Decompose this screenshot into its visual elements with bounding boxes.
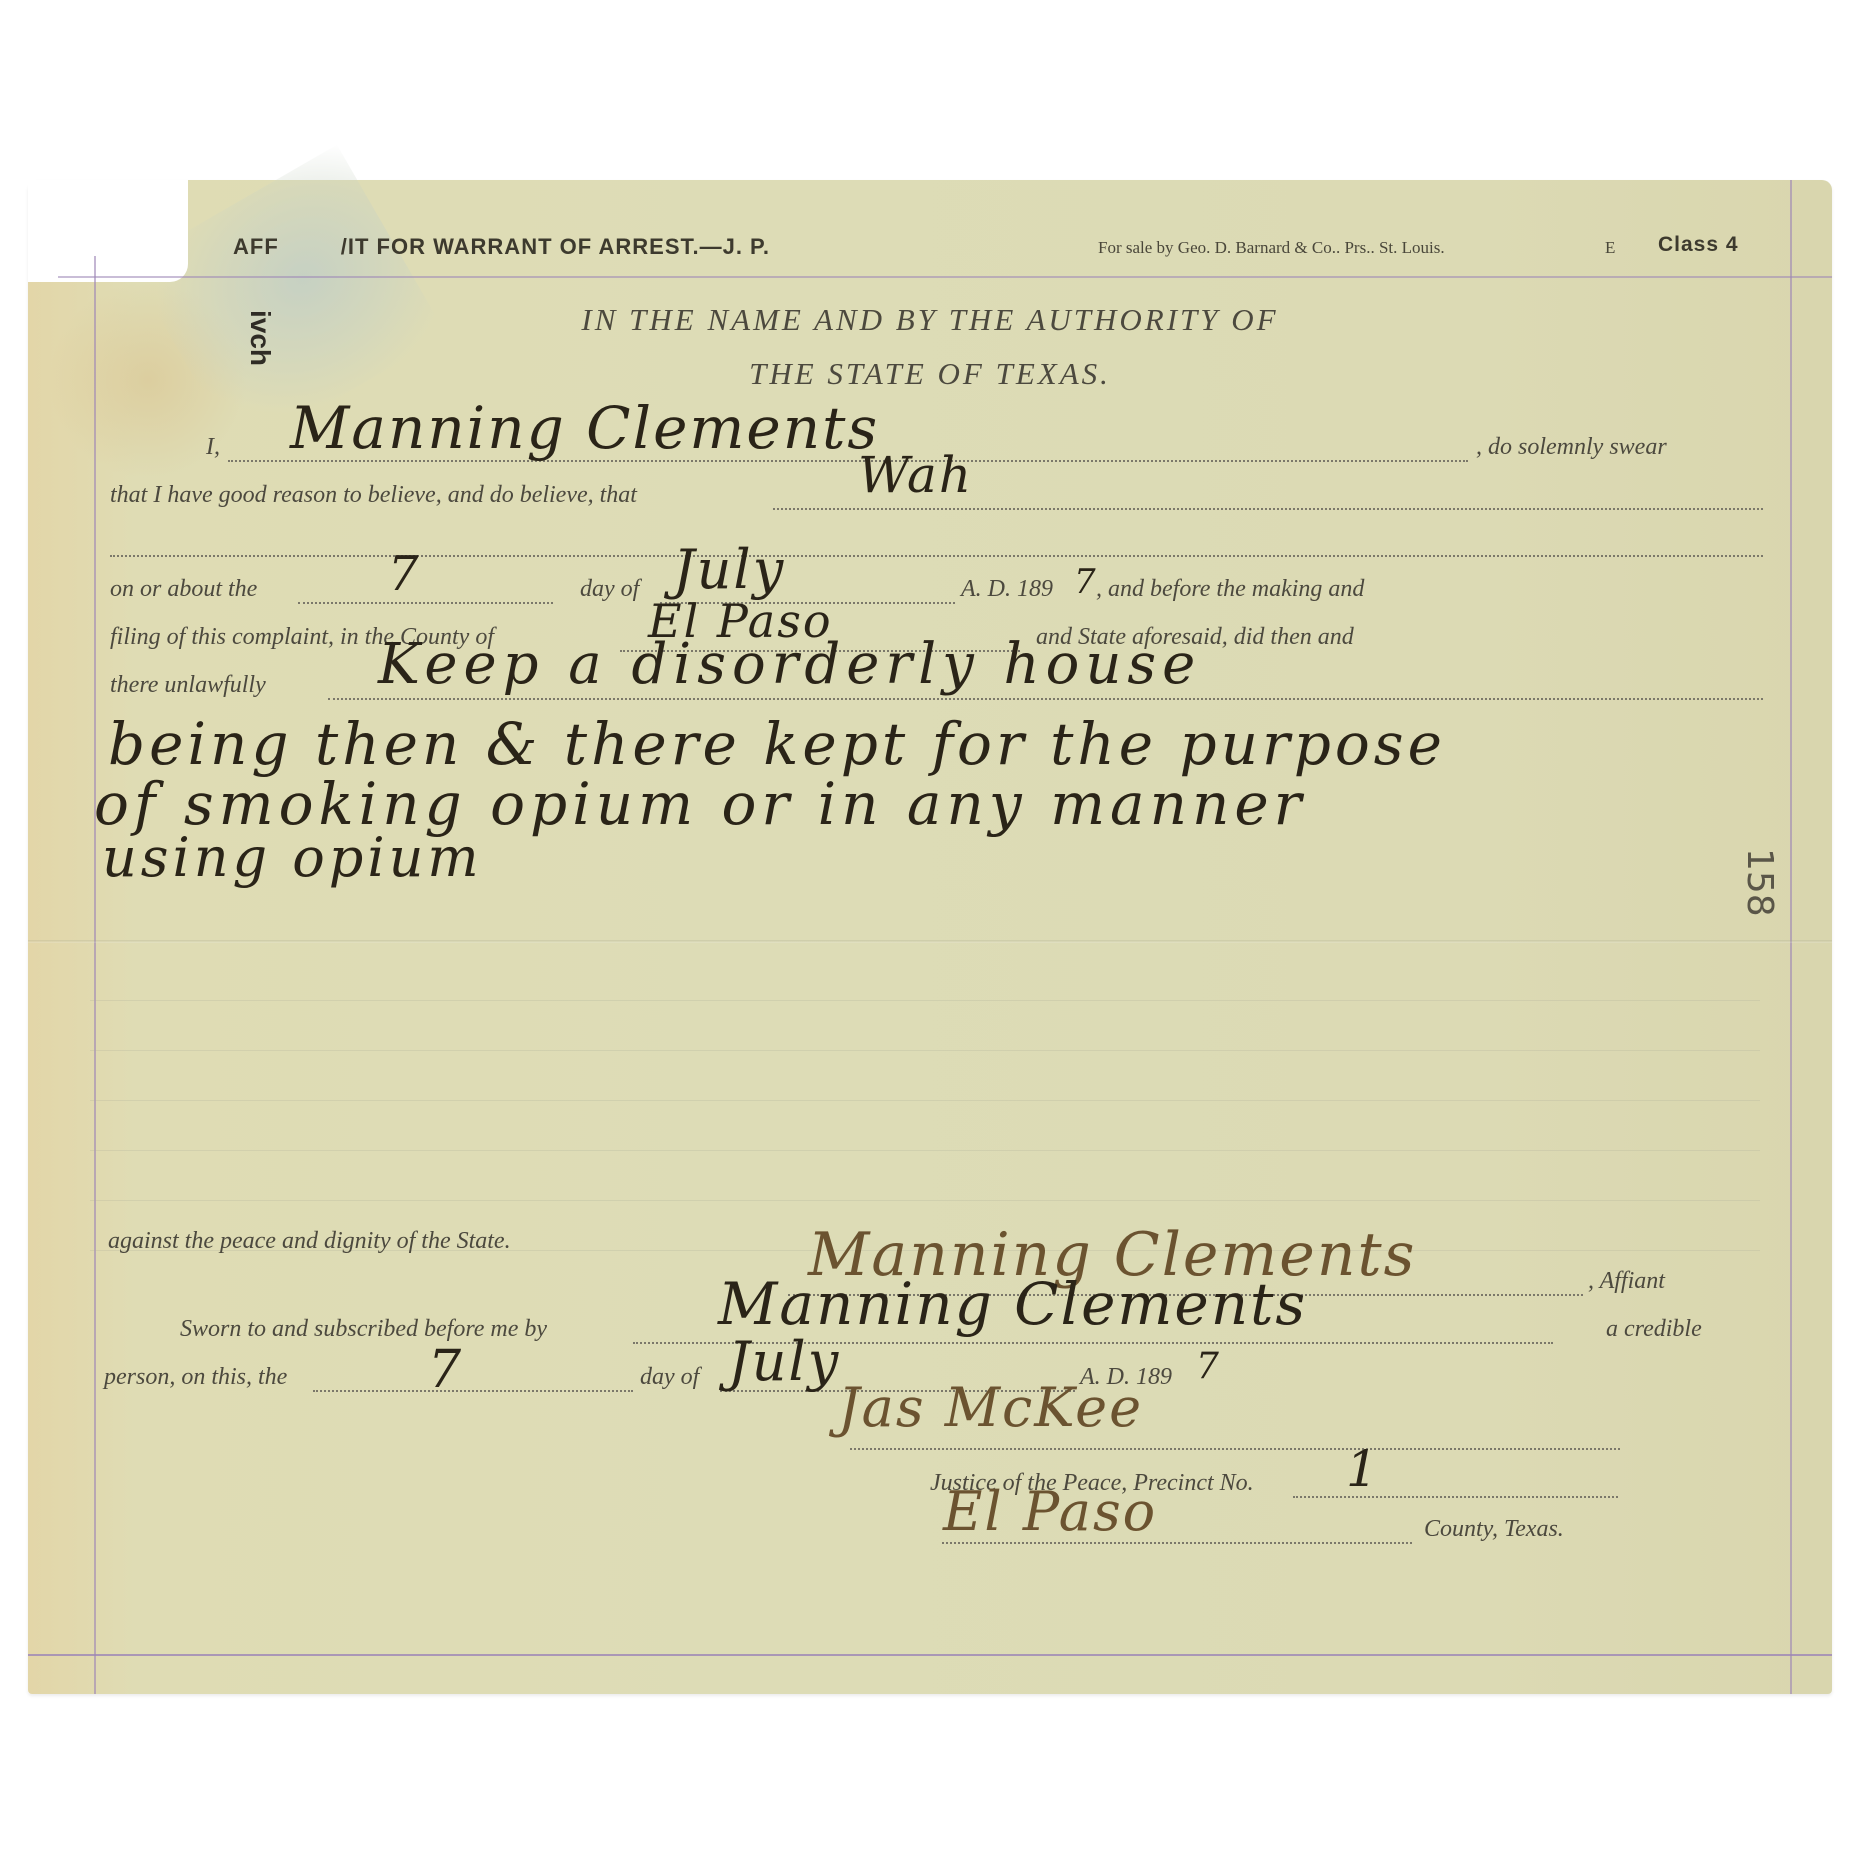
- accused-field: [773, 508, 1763, 510]
- left-margin-rule: [94, 256, 96, 1694]
- justice-signature-field: [850, 1448, 1620, 1450]
- sworn-month-handwritten: July: [728, 1330, 840, 1393]
- justice-county-handwritten: El Paso: [943, 1480, 1157, 1543]
- sworn-day-handwritten: 7: [428, 1340, 463, 1400]
- credible-label: a credible: [1606, 1316, 1702, 1343]
- unlawfully-label: there unlawfully: [110, 672, 266, 699]
- affiant-name-handwritten: Manning Clements: [290, 394, 879, 462]
- date-prefix: on or about the: [110, 576, 257, 603]
- accused-handwritten: Wah: [858, 446, 973, 504]
- authority-line-1: IN THE NAME AND BY THE AUTHORITY OF: [28, 302, 1832, 338]
- month-handwritten: July: [673, 538, 785, 601]
- swear-suffix: , do solemnly swear: [1476, 434, 1667, 461]
- precinct-handwritten: 1: [1346, 1440, 1380, 1498]
- day-handwritten: 7: [388, 546, 421, 602]
- affiant-label: , Affiant: [1588, 1268, 1665, 1295]
- letter-code: E: [1605, 238, 1615, 258]
- before-making-label: , and before the making and: [1096, 576, 1364, 603]
- charge-line-2: being then & there kept for the purpose: [108, 710, 1446, 778]
- class-label: Class 4: [1658, 233, 1739, 257]
- person-prefix: person, on this, the: [104, 1364, 287, 1391]
- day-field: [298, 602, 553, 604]
- torn-corner: [28, 180, 188, 282]
- charge-line-1: Keep a disorderly house: [378, 632, 1201, 697]
- sworn-day-of-label: day of: [640, 1364, 699, 1391]
- charge-line-4: using opium: [102, 826, 483, 889]
- county-texas-label: County, Texas.: [1424, 1516, 1564, 1543]
- authority-line-2: THE STATE OF TEXAS.: [28, 356, 1832, 392]
- bottom-rule: [28, 1654, 1832, 1656]
- day-of-label: day of: [580, 576, 639, 603]
- sworn-year-digit: 7: [1196, 1346, 1221, 1387]
- affidavit-document: AFF/IT FOR WARRANT OF ARREST.—J. P. For …: [28, 180, 1832, 1694]
- form-title: AFF/IT FOR WARRANT OF ARREST.—J. P.: [233, 234, 770, 260]
- sworn-name-handwritten: Manning Clements: [718, 1270, 1307, 1338]
- closing-line: against the peace and dignity of the Sta…: [108, 1228, 511, 1255]
- believe-prefix: that I have good reason to believe, and …: [110, 482, 637, 509]
- right-margin-rule: [1790, 180, 1792, 1694]
- ad-label: A. D. 189: [961, 576, 1053, 603]
- affiant-prefix: I,: [206, 434, 220, 461]
- sworn-prefix: Sworn to and subscribed before me by: [180, 1316, 547, 1343]
- margin-number: 158: [1739, 848, 1780, 917]
- year-digit-handwritten: 7: [1074, 562, 1098, 602]
- precinct-field: [1293, 1496, 1618, 1498]
- sworn-day-field: [313, 1390, 633, 1392]
- justice-signature: Jas McKee: [838, 1376, 1143, 1439]
- top-rule: [58, 276, 1832, 278]
- publisher-line: For sale by Geo. D. Barnard & Co.. Prs..…: [1098, 238, 1445, 258]
- charge-field: [328, 698, 1763, 700]
- accused-field-cont: [110, 555, 1763, 557]
- fold-crease: [28, 940, 1832, 943]
